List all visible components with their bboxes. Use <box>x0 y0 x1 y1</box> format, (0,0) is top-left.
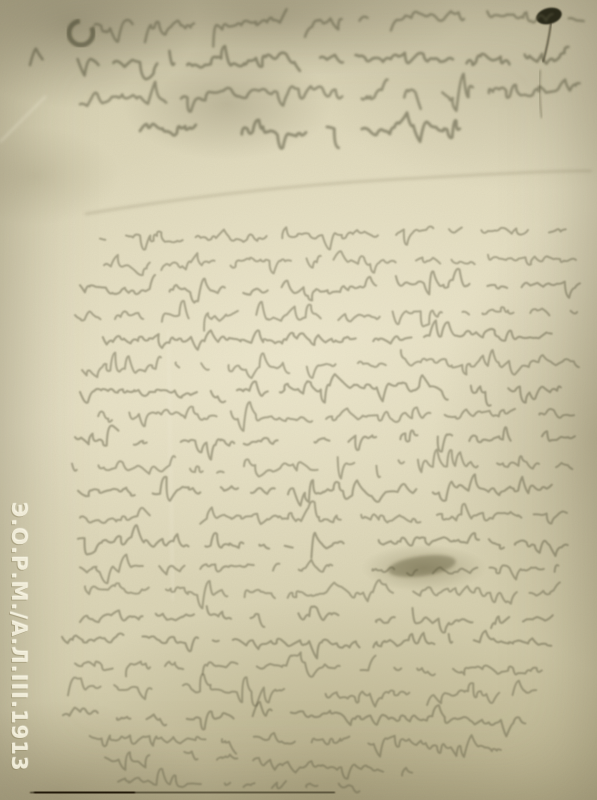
manuscript-photo: Э.О.Р.М./А.Л.III.1913 <box>0 0 597 800</box>
manuscript-artwork-layer <box>0 0 597 800</box>
page-edge-shadow <box>30 792 335 793</box>
archive-stamp-watermark: Э.О.Р.М./А.Л.III.1913 <box>7 502 31 772</box>
